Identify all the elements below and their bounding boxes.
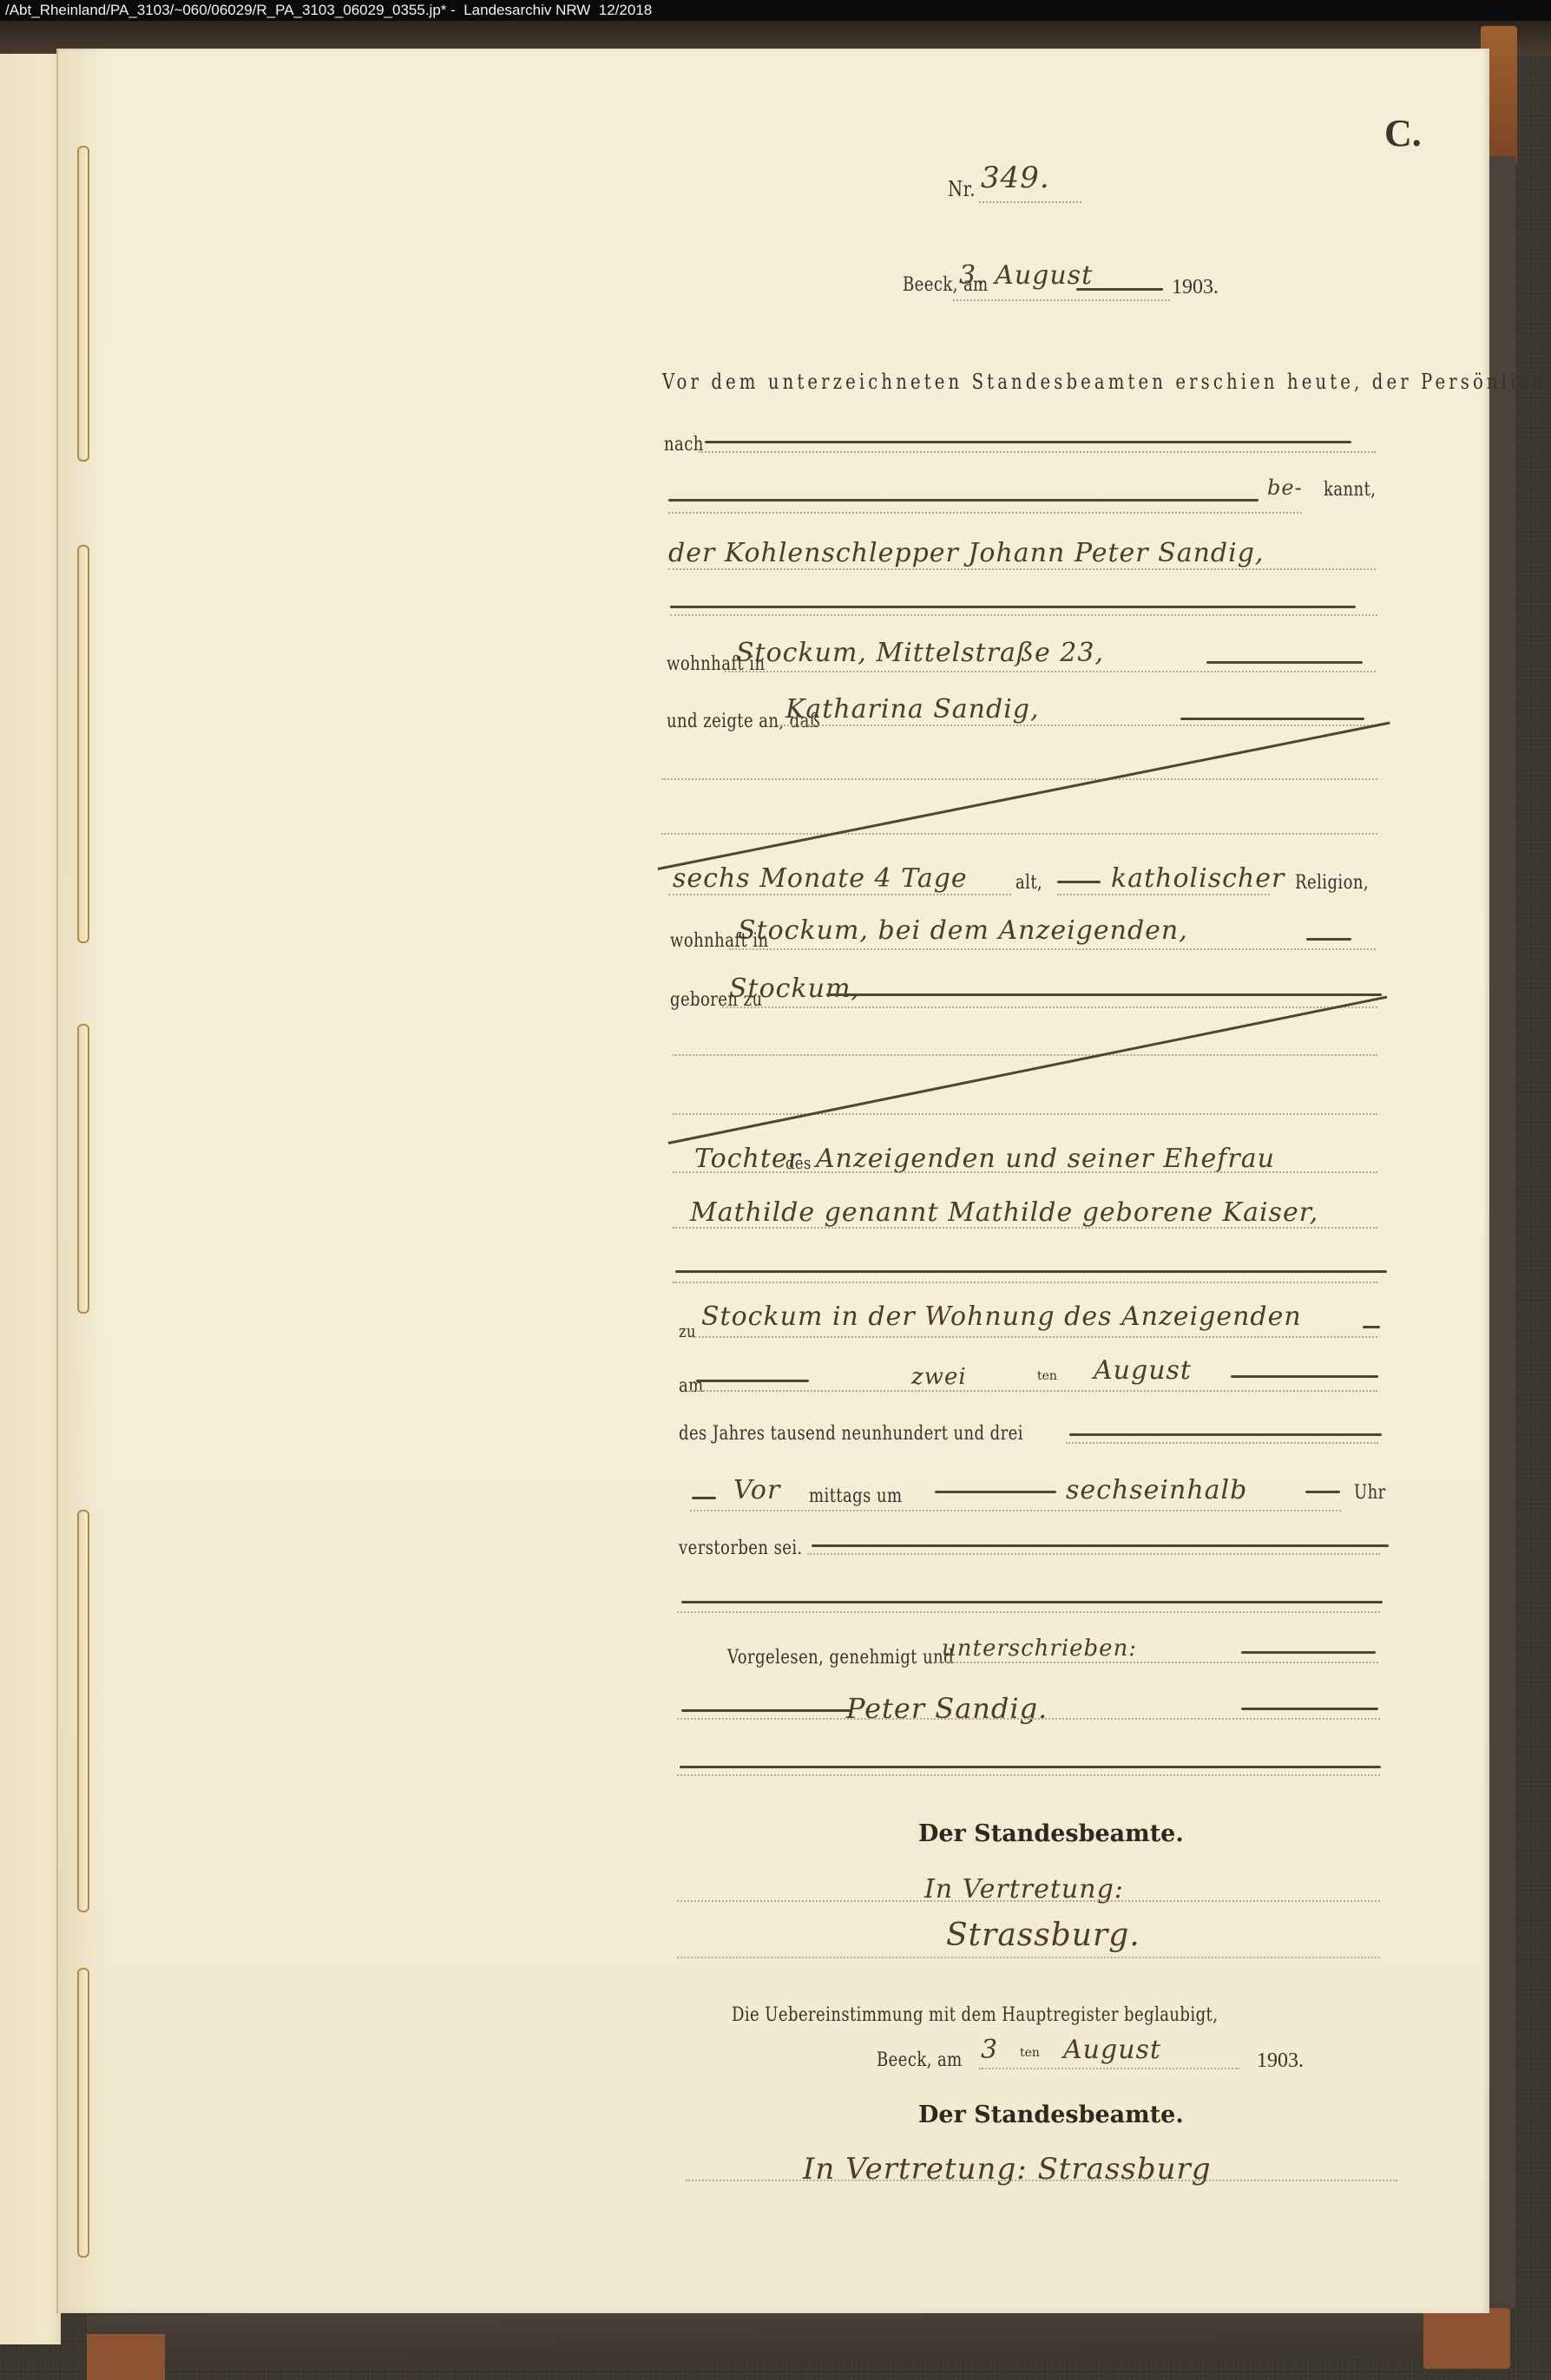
binding-stitch — [77, 1510, 89, 1912]
record-number: 349. — [981, 161, 1050, 195]
binding-stitch — [77, 1968, 89, 2258]
death-date-label: am — [679, 1375, 704, 1397]
year-text: des Jahres tausend neunhundert und drei — [679, 1423, 1023, 1445]
deceased-residence-fill-rule — [1306, 938, 1351, 941]
registrar-signature: Strassburg. — [946, 1918, 1140, 1953]
section-letter: C. — [1384, 111, 1422, 155]
year-line — [1066, 1442, 1378, 1444]
known-line — [668, 512, 1302, 514]
cert-year: 1903. — [1257, 2049, 1304, 2073]
registrar-heading: Der Standesbeamte. — [918, 1820, 1184, 1847]
blank-fill-rule-2 — [680, 1766, 1381, 1768]
time-prefix: Vor — [733, 1475, 780, 1505]
time-value: sechseinhalb — [1066, 1475, 1247, 1505]
cert-signature-line — [686, 2180, 1397, 2181]
leather-corner-bottom-left — [87, 2334, 165, 2380]
death-day-suffix: ten — [1037, 1369, 1057, 1383]
informant-name: der Kohlenschlepper Johann Peter Sandig, — [668, 538, 1264, 568]
time-prefix-rule — [692, 1497, 716, 1499]
cert-month: August — [1063, 2035, 1161, 2065]
blank-line-5 — [673, 1113, 1377, 1115]
cert-signature: In Vertretung: Strassburg — [803, 2152, 1212, 2187]
record-number-label: Nr. — [948, 177, 976, 201]
age-label: alt, — [1015, 872, 1042, 894]
religion-label: Religion, — [1295, 872, 1369, 894]
registrar-deputy-line — [677, 1900, 1380, 1902]
death-place: Stockum in der Wohnung des Anzeigenden — [701, 1301, 1302, 1332]
deceased-age: sechs Monate 4 Tage — [673, 863, 968, 894]
parents-father: Anzeigenden und seiner Ehefrau — [816, 1144, 1275, 1174]
page-gutter-fold — [56, 49, 58, 2313]
informant-signature: Peter Sandig. — [846, 1692, 1048, 1725]
parents-line-1 — [673, 1171, 1377, 1173]
blank-line-2 — [661, 778, 1377, 780]
parents-line-2 — [673, 1227, 1377, 1229]
informant-line — [668, 568, 1376, 570]
binding-stitch — [77, 146, 89, 462]
informant-residence-line — [725, 671, 1376, 672]
known-label: kannt, — [1324, 479, 1376, 501]
parents-des: des — [785, 1152, 812, 1173]
known-handwritten: be- — [1267, 475, 1303, 500]
death-place-label: zu — [679, 1321, 696, 1341]
died-fill-rule — [812, 1544, 1389, 1547]
birthplace-line — [722, 1006, 1377, 1008]
parents-fill-rule — [675, 1270, 1387, 1273]
death-date-fill-rule-2 — [1231, 1375, 1378, 1378]
cert-heading: Der Standesbeamte. — [918, 2101, 1184, 2128]
previous-page-edge — [0, 54, 61, 2344]
known-fill-rule — [668, 499, 1259, 502]
died-line — [807, 1553, 1380, 1555]
cert-date-line — [979, 2068, 1239, 2069]
time-label: mittags um — [809, 1485, 902, 1507]
read-line — [936, 1662, 1378, 1663]
blank-line-3 — [661, 833, 1377, 835]
blank-line-1 — [670, 614, 1377, 616]
window-title-bar: /Abt_Rheinland/PA_3103/~060/06029/R_PA_3… — [0, 0, 1551, 21]
blank-line-7 — [677, 1611, 1380, 1613]
deceased-name: Katharina Sandig, — [785, 694, 1040, 724]
cert-day: 3 — [981, 2035, 998, 2065]
binding-stitch — [77, 1024, 89, 1314]
death-day: zwei — [911, 1364, 967, 1390]
binding-stitch — [77, 545, 89, 943]
deceased-residence: Stockum, bei dem Anzeigenden, — [738, 915, 1188, 946]
blank-line-4 — [673, 1054, 1377, 1056]
leather-corner-bottom-right — [1423, 2308, 1510, 2369]
record-year: 1903. — [1172, 276, 1219, 299]
read-label: Vorgelesen, genehmigt und — [727, 1647, 954, 1669]
read-value: unterschrieben: — [942, 1636, 1137, 1662]
nach-fill-rule — [705, 441, 1351, 443]
religion-fill-rule — [1057, 881, 1101, 883]
birthplace: Stockum, — [729, 974, 860, 1004]
informant-fill-rule — [670, 606, 1356, 608]
nach-line — [699, 451, 1376, 453]
signature-fill-rule-right — [1241, 1708, 1378, 1710]
blank-line-6 — [673, 1282, 1377, 1283]
cert-place: Beeck, am — [877, 2049, 963, 2071]
signature-line — [677, 1718, 1380, 1720]
birthplace-fill-rule — [826, 993, 1382, 996]
record-date: 3. August — [959, 260, 1093, 291]
time-fill-rule — [935, 1491, 1056, 1493]
age-line — [668, 894, 1011, 895]
death-date-line — [690, 1390, 1377, 1392]
deceased-name-fill-rule — [1180, 718, 1364, 720]
died-label: verstorben sei. — [679, 1537, 803, 1559]
time-line — [690, 1510, 1341, 1511]
signature-fill-rule-left — [681, 1709, 851, 1712]
blank-line-8 — [677, 1774, 1380, 1776]
time-suffix: Uhr — [1354, 1482, 1386, 1504]
year-fill-rule — [1069, 1433, 1382, 1436]
religion-line — [1057, 894, 1270, 895]
death-month: August — [1094, 1355, 1192, 1386]
certification-text: Die Uebereinstimmung mit dem Hauptregist… — [732, 2004, 1218, 2026]
deceased-religion: katholischer — [1111, 863, 1285, 894]
parents-mother: Mathilde genannt Mathilde geborene Kaise… — [690, 1197, 1318, 1228]
deceased-residence-line — [729, 948, 1376, 950]
deceased-name-line — [777, 724, 1376, 726]
blank-fill-rule — [681, 1601, 1383, 1603]
intro-text: Vor dem unterzeichneten Standesbeamten e… — [662, 370, 1551, 394]
record-number-line — [979, 201, 1081, 203]
date-fill-rule — [1076, 288, 1163, 291]
death-place-line — [694, 1336, 1377, 1338]
informant-residence-fill-rule — [1206, 661, 1363, 664]
time-fill-rule-2 — [1305, 1491, 1340, 1493]
registrar-signature-line — [677, 1957, 1380, 1958]
nach-label: nach — [664, 434, 704, 456]
read-fill-rule — [1241, 1651, 1376, 1654]
cert-day-suffix: ten — [1020, 2046, 1040, 2060]
death-place-fill-rule — [1363, 1326, 1380, 1328]
death-date-fill-rule-1 — [696, 1380, 809, 1382]
informant-residence: Stockum, Mittelstraße 23, — [736, 638, 1104, 668]
book-spine-edge — [1489, 156, 1515, 2308]
date-line — [953, 299, 1170, 301]
